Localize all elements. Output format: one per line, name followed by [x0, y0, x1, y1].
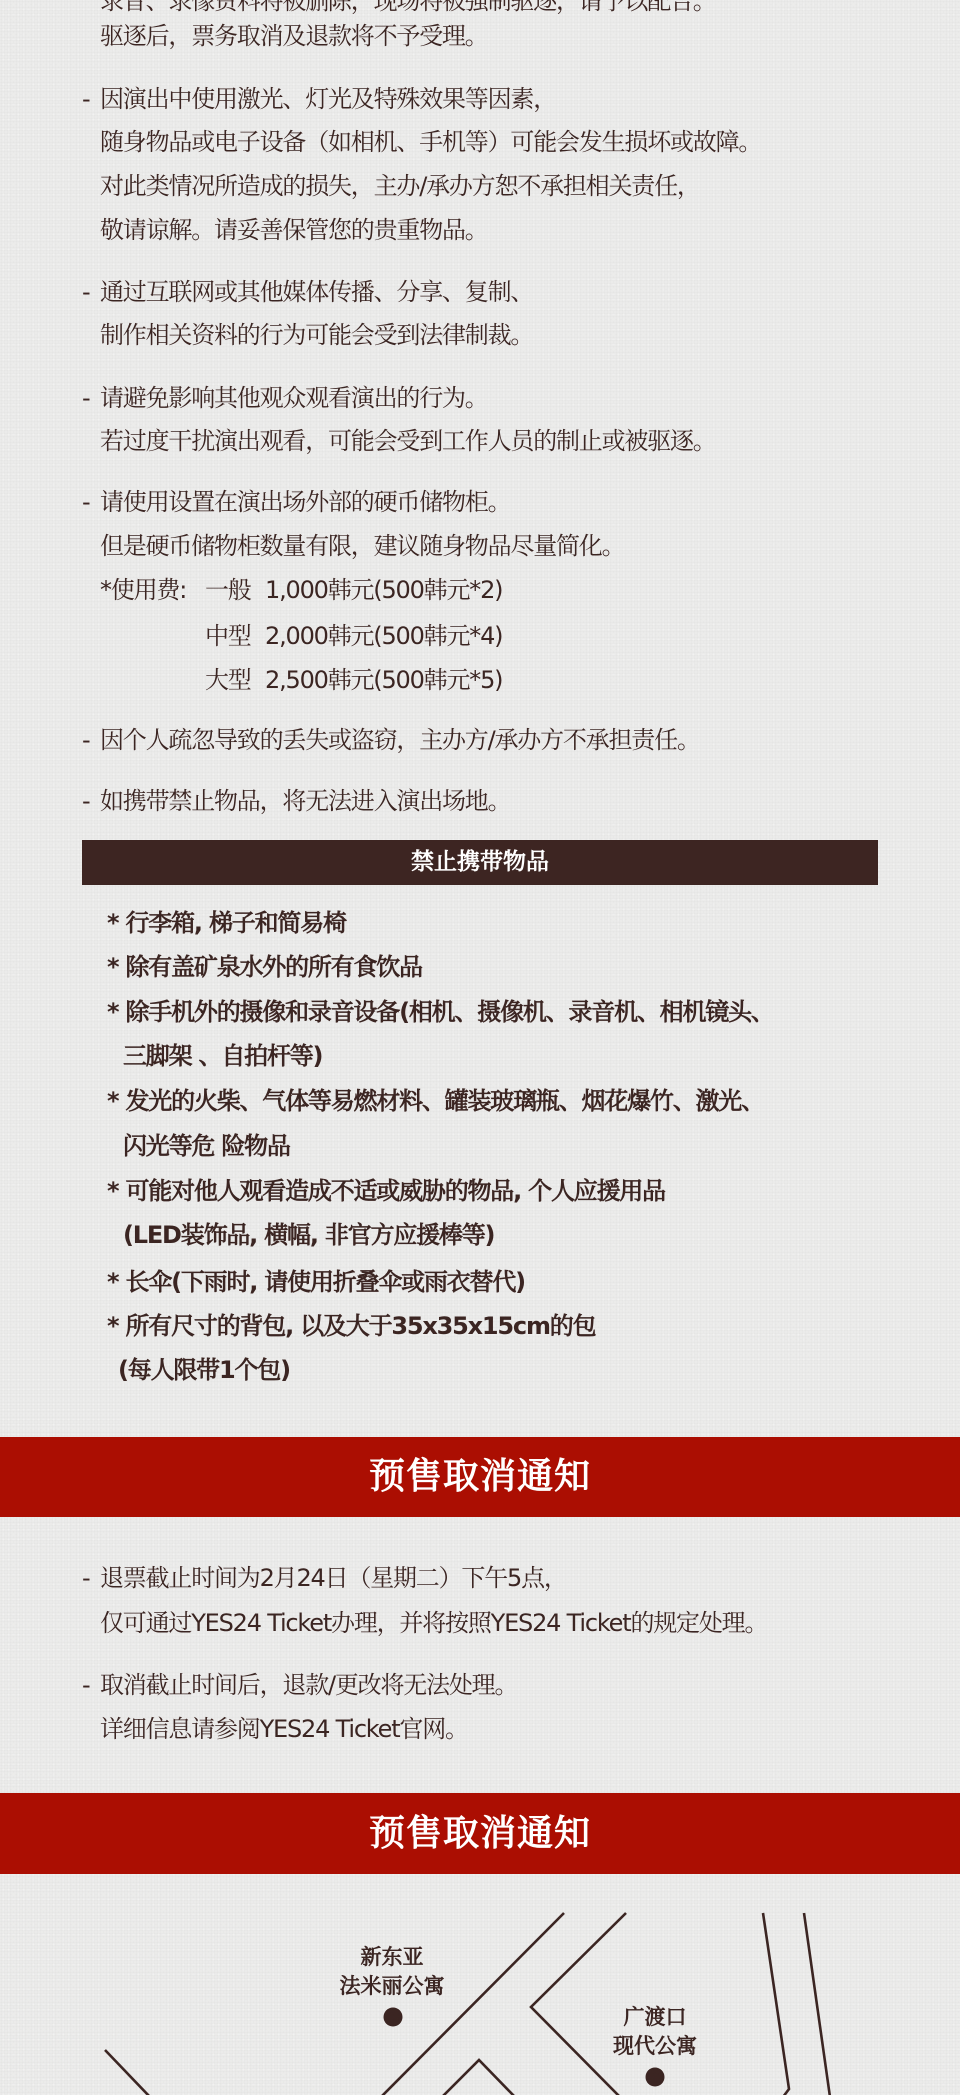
rules-text-line: 请使用设置在演出场外部的硬币储物柜。 [100, 487, 510, 517]
rules-text-line: 因个人疏忽导致的丢失或盗窃，主办方/承办方不承担责任。 [100, 725, 700, 755]
prohibited-item: * 可能对他人观看造成不适或威胁的物品, 个人应援用品 [107, 1176, 665, 1206]
rules-text-line: 敬请谅解。请妥善保管您的贵重物品。 [100, 215, 488, 245]
rules-text-line: 制作相关资料的行为可能会受到法律制裁。 [100, 320, 533, 350]
prohibited-items-header: 禁止携带物品 [82, 840, 878, 885]
landmark-label-2-line2: 现代公寓 [613, 2033, 697, 2059]
bullet-dash: - [82, 1563, 91, 1593]
locker-fee-price: 2,500韩元(500韩元*5) [265, 665, 502, 695]
rules-text-line: 录音、录像资料将被删除，现场将被强制驱逐，请予以配合。 [100, 0, 716, 16]
road-inverted-v [442, 2060, 515, 2095]
landmark-label-2-line1: 广渡口 [624, 2004, 687, 2030]
presale-text-line: 仅可通过YES24 Ticket办理，并将按照YES24 Ticket的规定处理… [100, 1608, 767, 1638]
bullet-dash: - [82, 1670, 91, 1700]
prohibited-item-continued: (LED装饰品, 横幅, 非官方应援棒等) [123, 1220, 494, 1250]
bullet-dash: - [82, 277, 91, 307]
locker-fee-price: 1,000韩元(500韩元*2) [265, 575, 502, 605]
prohibited-item-continued: 三脚架 、自拍杆等) [123, 1041, 322, 1071]
rules-text-line: 如携带禁止物品，将无法进入演出场地。 [100, 786, 510, 816]
road-vertical-right [804, 1913, 830, 2095]
map-section-header: 预售取消通知 [0, 1793, 960, 1874]
map-roads [0, 1874, 960, 2095]
prohibited-item: * 除手机外的摄像和录音设备(相机、摄像机、录音机、相机镜头、 [107, 997, 774, 1027]
presale-cancel-header: 预售取消通知 [0, 1437, 960, 1517]
rules-text-line: 随身物品或电子设备（如相机、手机等）可能会发生损坏或故障。 [100, 127, 761, 157]
presale-text-line: 详细信息请参阅YES24 Ticket官网。 [100, 1714, 468, 1744]
bullet-dash: - [82, 487, 91, 517]
locker-fee-label: *使用费: [100, 575, 186, 605]
rules-text-line: 请避免影响其他观众观看演出的行为。 [100, 383, 488, 413]
rules-text-line: 若过度干扰演出观看，可能会受到工作人员的制止或被驱逐。 [100, 426, 716, 456]
locker-fee-price: 2,000韩元(500韩元*4) [265, 621, 502, 651]
rules-text-line: 通过互联网或其他媒体传播、分享、复制、 [100, 277, 533, 307]
road-chevron [531, 1913, 626, 2095]
venue-map: 新东亚 法米丽公寓 广渡口 现代公寓 [0, 1874, 960, 2095]
locker-fee-size: 一般 [205, 575, 251, 605]
presale-text-line: 取消截止时间后，退款/更改将无法处理。 [100, 1670, 517, 1700]
landmark-dot-1 [384, 2008, 403, 2027]
rules-text-line: 但是硬币储物柜数量有限，建议随身物品尽量简化。 [100, 531, 624, 561]
road-vertical-left [763, 1913, 789, 2095]
rules-text-line: 因演出中使用激光、灯光及特殊效果等因素， [100, 84, 556, 114]
landmark-dot-2 [646, 2068, 665, 2087]
presale-text-line: 退票截止时间为2月24日（星期二）下午5点， [100, 1563, 567, 1593]
prohibited-item: * 除有盖矿泉水外的所有食饮品 [107, 952, 422, 982]
rules-text-line: 对此类情况所造成的损失，主办/承办方恕不承担相关责任， [100, 171, 700, 201]
road-left-diagonal [105, 2050, 150, 2095]
bullet-dash: - [82, 383, 91, 413]
prohibited-item: * 所有尺寸的背包, 以及大于35x35x15cm的包 [107, 1311, 595, 1341]
locker-fee-size: 中型 [205, 621, 251, 651]
prohibited-item-continued: 闪光等危 险物品 [123, 1131, 290, 1161]
prohibited-item: * 行李箱, 梯子和简易椅 [107, 908, 346, 938]
rules-text-line: 驱逐后，票务取消及退款将不予受理。 [100, 21, 488, 51]
locker-fee-size: 大型 [205, 665, 251, 695]
prohibited-item: * 发光的火柴、气体等易燃材料、罐装玻璃瓶、烟花爆竹、激光、 [107, 1086, 764, 1116]
bullet-dash: - [82, 84, 91, 114]
landmark-label-1-line1: 新东亚 [361, 1944, 424, 1970]
bullet-dash: - [82, 725, 91, 755]
prohibited-item: * 长伞(下雨时, 请使用折叠伞或雨衣替代) [107, 1267, 525, 1297]
bullet-dash: - [82, 786, 91, 816]
landmark-label-1-line2: 法米丽公寓 [340, 1973, 445, 1999]
prohibited-item-continued: (每人限带1个包) [118, 1355, 290, 1385]
clipped-previous-line: 录音、录像资料将被删除，现场将被强制驱逐，请予以配合。 [0, 0, 960, 16]
